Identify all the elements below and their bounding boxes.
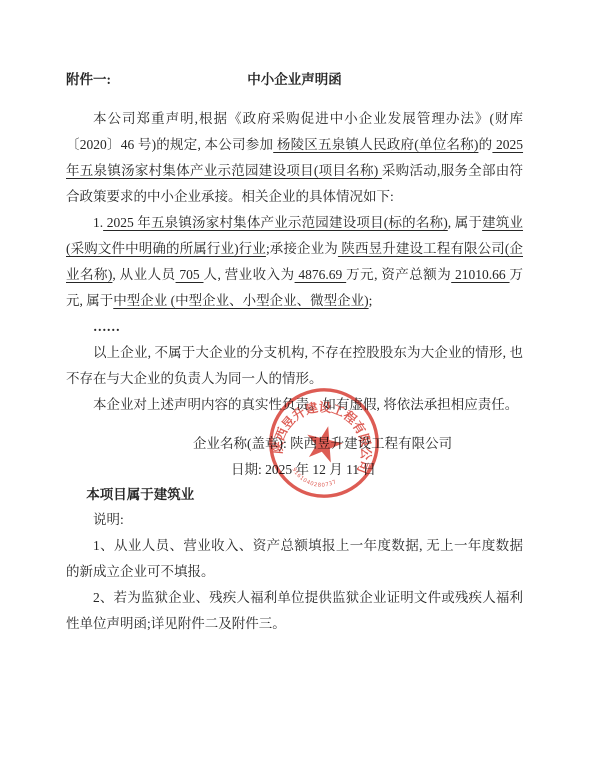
subject-name-underlined: 2025 年五泉镇汤家村集体产业示范园建设项目(标的名称) [103, 215, 448, 230]
item1-text: ; [369, 293, 373, 308]
truthfulness-paragraph: 本企业对上述声明内容的真实性负责。如有虚假, 将依法承担相应责任。 [66, 392, 523, 418]
item1-text: , 从业人员 [112, 267, 175, 282]
note-1: 1、从业人员、营业收入、资产总额填报上一年度数据, 无上一年度数据的新成立企业可… [66, 533, 523, 585]
enterprise-type-underlined: 中型企业 (中型企业、小型企业、微型企业) [113, 293, 368, 308]
revenue-underlined: 4876.69 [295, 267, 347, 282]
note-2: 2、若为监狱企业、残疾人福利单位提供监狱企业证明文件或残疾人福利性单位声明函;详… [66, 585, 523, 637]
industry-heading: 本项目属于建筑业 [86, 483, 523, 507]
note-label: 说明: [66, 507, 523, 533]
total-assets-underlined: 21010.66 [451, 267, 509, 282]
date-line: 日期: 2025 年 12 月 11 日 [193, 457, 523, 483]
employee-count-underlined: 705 [176, 267, 204, 282]
enterprise-detail-item: 1. 2025 年五泉镇汤家村集体产业示范园建设项目(标的名称), 属于建筑业(… [66, 210, 523, 314]
document-body: 本公司郑重声明,根据《政府采购促进中小企业发展管理办法》(财库〔2020〕46 … [66, 106, 523, 637]
document-page: 附件一: 中小企业声明函 本公司郑重声明,根据《政府采购促进中小企业发展管理办法… [0, 0, 589, 769]
para1-text: 的 [478, 137, 492, 152]
company-name-line: 企业名称(盖章): 陕西昱升建设工程有限公司 [193, 431, 523, 457]
item1-text: ;承接企业为 [266, 241, 338, 256]
declaration-paragraph: 本公司郑重声明,根据《政府采购促进中小企业发展管理办法》(财库〔2020〕46 … [66, 106, 523, 210]
page-title: 中小企业声明函 [66, 68, 523, 88]
item1-text: , 属于 [448, 215, 482, 230]
no-large-enterprise-paragraph: 以上企业, 不属于大企业的分支机构, 不存在控股股东为大企业的情形, 也不存在与… [66, 340, 523, 392]
purchaser-name-underlined: 杨陵区五泉镇人民政府(单位名称) [273, 137, 478, 152]
ellipsis-line: …… [66, 314, 523, 340]
item1-text: 万元, 资产总额为 [346, 267, 451, 282]
item1-text: 人, 营业收入为 [204, 267, 295, 282]
item-number: 1. [93, 215, 103, 230]
document-header: 附件一: 中小企业声明函 [66, 68, 523, 90]
signature-block: 企业名称(盖章): 陕西昱升建设工程有限公司 日期: 2025 年 12 月 1… [193, 431, 523, 483]
